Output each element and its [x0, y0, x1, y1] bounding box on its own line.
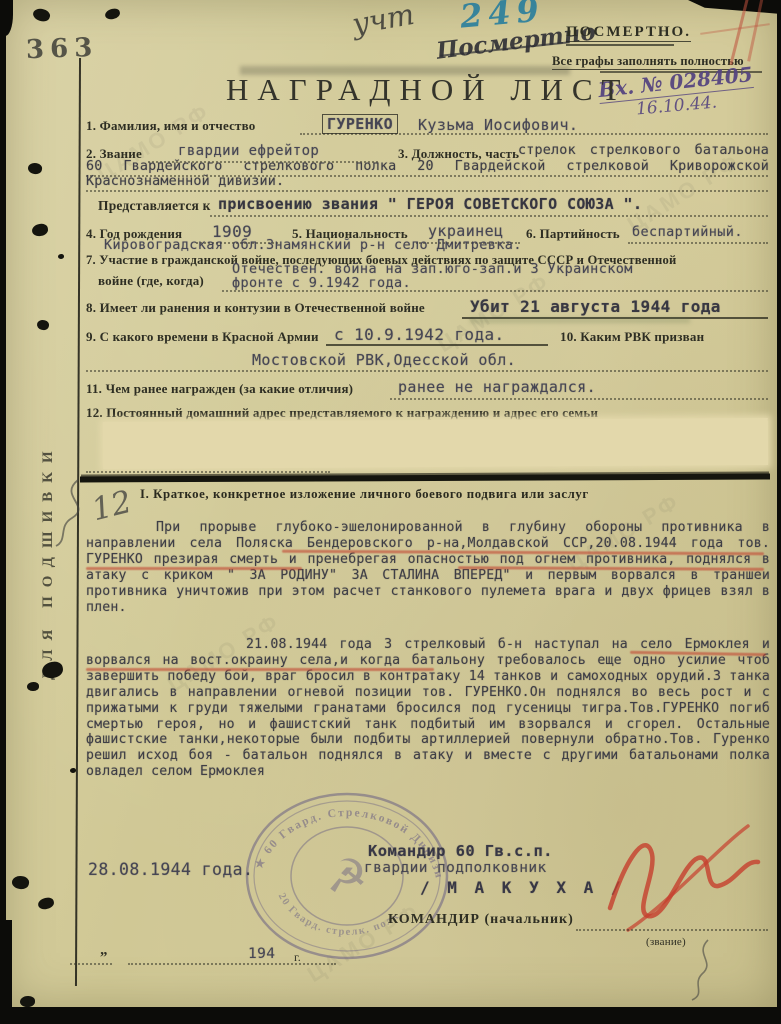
ink-blot	[70, 768, 76, 773]
commander-autograph	[598, 808, 778, 943]
ink-blot	[58, 254, 64, 259]
commander-label: КОМАНДИР (начальник)	[388, 912, 574, 928]
field11-value: ранее не награждался.	[398, 378, 596, 396]
footer-year: 194	[248, 946, 275, 962]
citation-paragraph-2: 21.08.1944 года 3 стрелковый б-н наступа…	[86, 637, 770, 780]
hammer-sickle-icon: ☭	[326, 849, 367, 903]
leader-line	[86, 369, 768, 372]
field8-value: Убит 21 августа 1944 года	[470, 297, 721, 316]
citation-heading: I. Краткое, конкретное изложение личного…	[140, 487, 589, 502]
posthumous-stamp: ПОСМЕРТНО.	[566, 24, 691, 42]
scan-edge-left	[0, 0, 6, 1024]
field1-name: Кузьма Иосифович.	[418, 116, 578, 134]
field9-label: 9. С какого времени в Красной Армии	[86, 329, 319, 345]
field3-value: стрелок стрелкового батальона 60 Гвардей…	[86, 143, 769, 190]
field8-smudge	[470, 318, 690, 323]
field9-value: с 10.9.1942 года.	[334, 325, 505, 344]
leader-line	[628, 241, 768, 244]
footer-year-suffix: г.	[294, 950, 301, 965]
ink-blot	[27, 682, 39, 691]
scan-edge-bottom	[0, 1007, 781, 1024]
field11-label: 11. Чем ранее награжден (за какие отличи…	[86, 381, 353, 397]
field7-value: Отечествен. война на зап.юго-зап.и 3 Укр…	[232, 262, 633, 290]
red-underline	[86, 668, 434, 671]
leader-line	[128, 962, 336, 965]
field1-surname: ГУРЕНКО	[322, 114, 398, 134]
birthplace-value: Кировоградская обл.Знамянский р-н село Д…	[104, 237, 522, 253]
field7-label-line2: войне (где, когда)	[98, 273, 204, 289]
leader-line	[210, 214, 768, 217]
leader-line	[86, 470, 330, 473]
field1-label: 1. Фамилия, имя и отчество	[86, 118, 255, 134]
signature-typed-line1: Командир 60 Гв.с.п.	[368, 842, 553, 860]
red-underline	[86, 567, 302, 570]
field9-underline	[326, 344, 548, 346]
presented-label: Представляется к	[98, 198, 211, 214]
award-sheet-scan: ЦАМО РФ ЦАМО РФ ЦАМО РФ ЦАМО РФ ЦАМО РФ …	[0, 0, 781, 1024]
redacted-address-area	[103, 418, 768, 469]
field10-label: 10. Каким РВК призван	[560, 329, 704, 345]
signature-typed-line2: гвардии подполковник	[364, 860, 547, 876]
leader-line	[576, 928, 768, 931]
leader-line	[70, 962, 112, 965]
posthumous-underline	[566, 44, 674, 46]
scan-corner-bottom-left	[0, 920, 12, 1020]
footer-quote: „	[100, 942, 108, 959]
field6-label: 6. Партийность	[526, 226, 620, 242]
page-title: НАГРАДНОЙ ЛИСТ	[226, 72, 629, 108]
field10-value: Мостовской РВК,Одесской обл.	[252, 351, 516, 369]
presented-value: присвоению звания " ГЕРОЯ СОВЕТСКОГО СОЮ…	[218, 195, 642, 213]
ink-blot	[20, 996, 35, 1007]
leader-line	[390, 397, 768, 400]
field8-label: 8. Имеет ли ранения и контузии в Отечест…	[86, 300, 425, 316]
signature-date: 28.08.1944 года.	[88, 860, 253, 879]
signature-typed-line3: / М А К У Х А /	[420, 878, 625, 897]
archive-page-number: 363	[25, 33, 98, 66]
field6-value: беспартийный.	[632, 224, 743, 240]
pencil-flourish	[678, 938, 723, 1003]
